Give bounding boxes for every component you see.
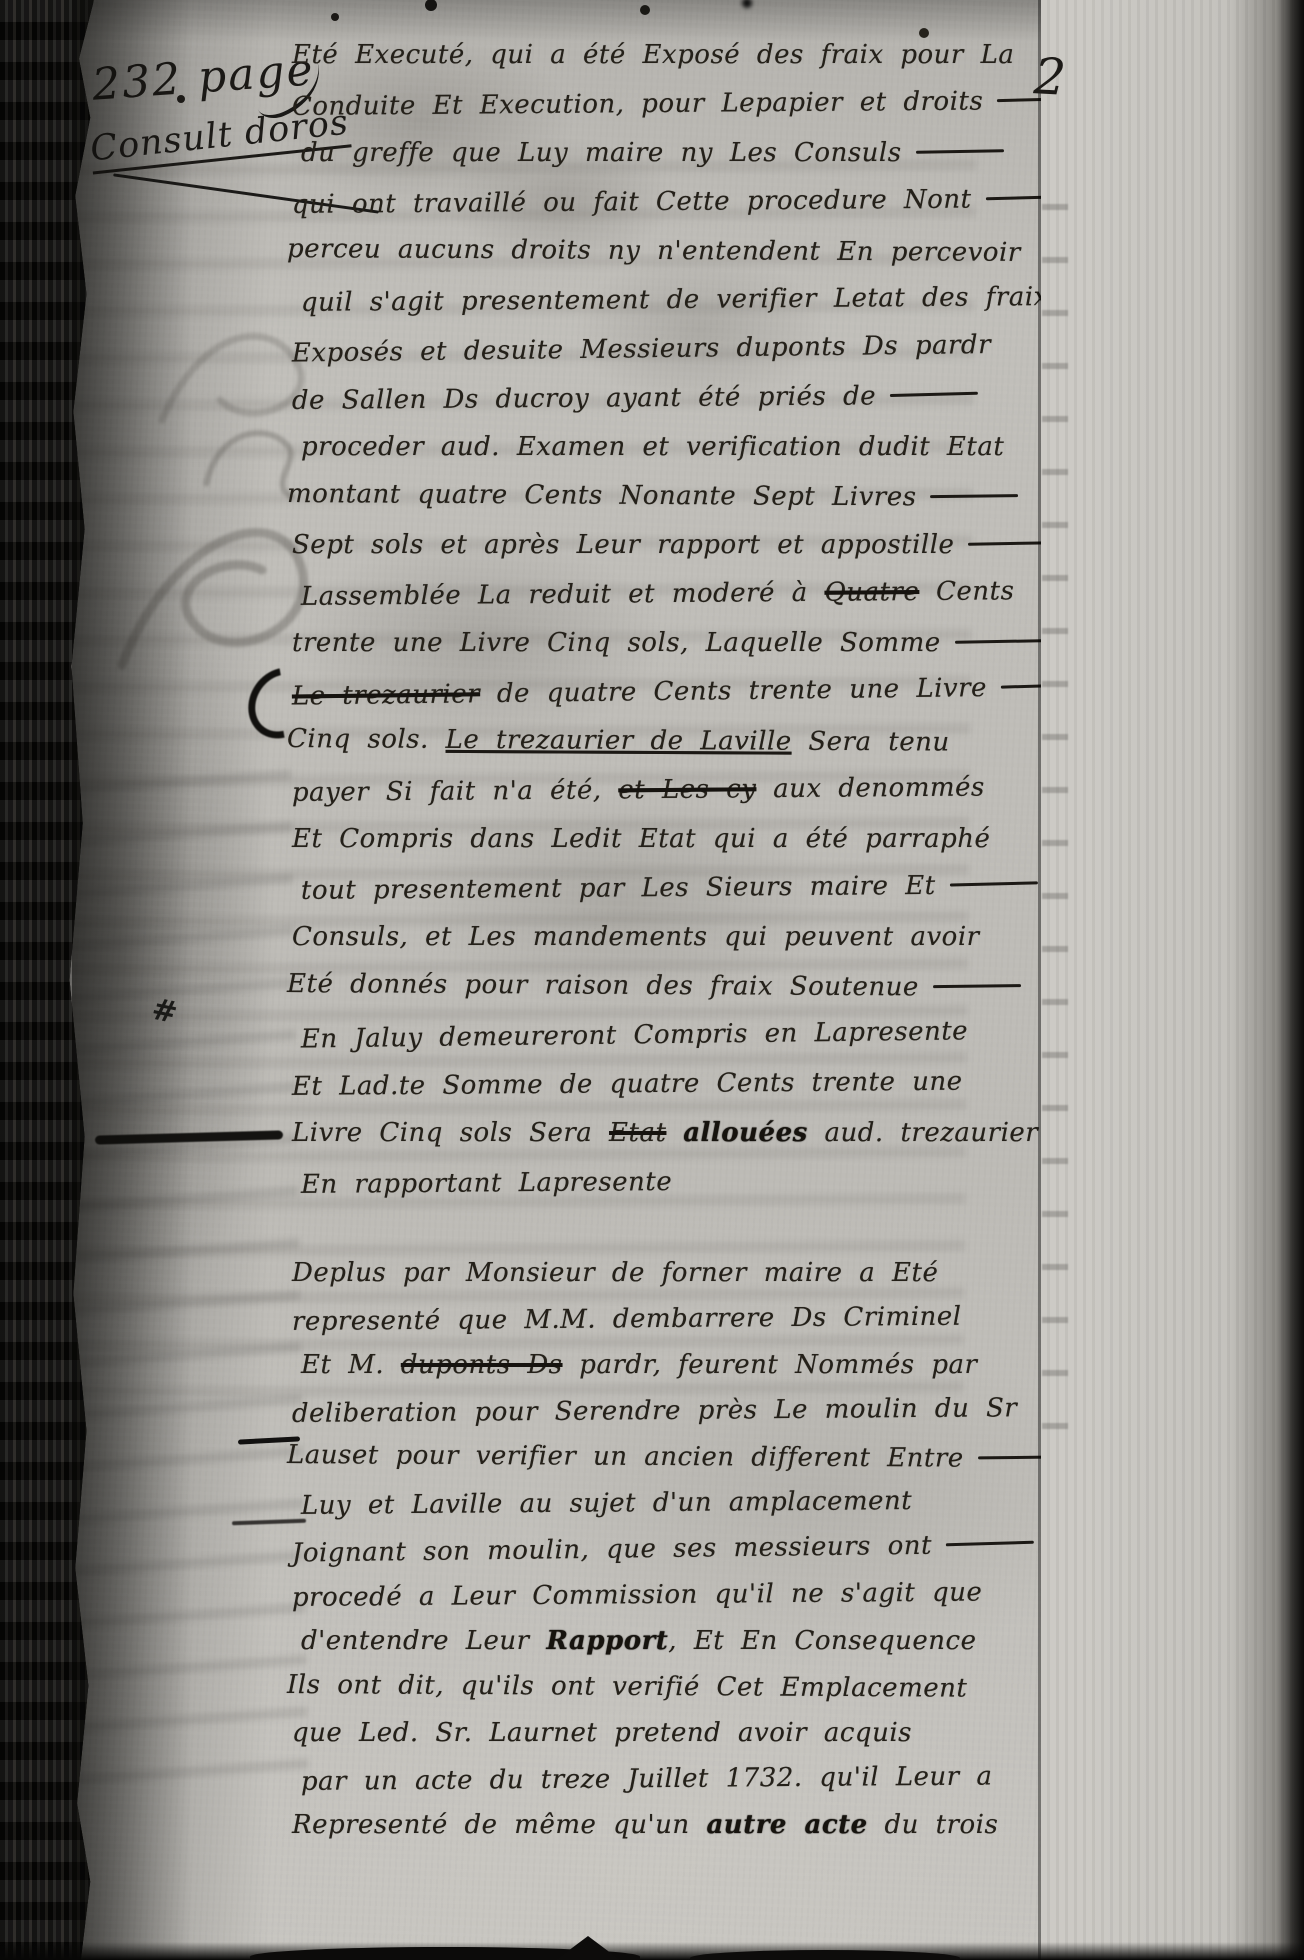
manuscript-text-segment: que Led. Sr. Laurnet pretend avoir acqui… <box>292 1718 912 1748</box>
manuscript-line: En Jaluy demeureront Compris en Lapresen… <box>301 1016 1037 1074</box>
paragraph-mill-report: Deplus par Monsieur de forner maire a Et… <box>292 1258 1036 1856</box>
manuscript-line: procedé a Leur Commission qu'il ne s'agi… <box>292 1577 1036 1629</box>
manuscript-text-segment: Conduite Et Execution, pour Lepapier et … <box>292 86 984 121</box>
manuscript-line: que Led. Sr. Laurnet pretend avoir acqui… <box>292 1718 1036 1764</box>
manuscript-line: de Sallen Ds ducroy ayant été priés de <box>292 380 1036 435</box>
manuscript-text-segment: par un acte du treze Juillet 1732. qu'il… <box>301 1761 993 1796</box>
manuscript-line: Et Lad.te Somme de quatre Cents trente u… <box>292 1066 1036 1121</box>
manuscript-line: Conduite Et Execution, pour Lepapier et … <box>292 86 1036 141</box>
manuscript-line: Representé de même qu'un autre acte du t… <box>292 1810 1036 1856</box>
manuscript-text-segment: du trois <box>868 1810 999 1840</box>
manuscript-text-segment: Livre Cinq sols Sera <box>292 1118 609 1148</box>
manuscript-text-block: Eté Executé, qui a été Exposé des fraix … <box>292 40 1036 1856</box>
manuscript-text-segment: aud. trezaurier <box>808 1118 1038 1148</box>
gutter-shadow <box>72 0 192 1960</box>
manuscript-line: trente une Livre Cinq sols, Laquelle Som… <box>292 628 1036 677</box>
manuscript-text-segment: Quatre <box>824 577 919 608</box>
manuscript-line: Ils ont dit, qu'ils ont verifié Cet Empl… <box>287 1670 1036 1720</box>
manuscript-text-segment: duponts Ds <box>401 1350 563 1380</box>
manuscript-text-segment: En Jaluy demeureront Compris en Lapresen… <box>301 1016 969 1054</box>
manuscript-text-segment: Et M. <box>301 1350 401 1380</box>
manuscript-text-segment: Le trezaurier de Laville <box>446 725 792 757</box>
manuscript-line: Luy et Laville au sujet d'un amplacement <box>301 1485 1036 1537</box>
manuscript-text-segment: Lauset pour verifier un ancien different… <box>287 1440 964 1474</box>
manuscript-line: Livre Cinq sols Sera Etat allouées aud. … <box>292 1118 1036 1167</box>
manuscript-line: proceder aud. Examen et verification dud… <box>301 432 1036 481</box>
facing-page-edge: 2 <box>1038 0 1304 1960</box>
manuscript-line: Le trezaurier de quatre Cents trente une… <box>292 672 1037 730</box>
manuscript-text-segment: du greffe que Luy maire ny Les Consuls <box>301 138 902 168</box>
facing-page-number: 2 <box>1033 47 1068 107</box>
manuscript-text-segment: qui ont travaillé ou fait Cette procedur… <box>292 185 972 220</box>
manuscript-line: Et M. duponts Ds pardr, feurent Nommés p… <box>301 1350 1036 1396</box>
manuscript-line: quil s'agit presentement de verifier Let… <box>301 282 1036 337</box>
manuscript-text-segment: de quatre Cents trente une Livre <box>480 673 987 709</box>
manuscript-text-segment: tout presentement par Les Sieurs maire E… <box>301 871 936 906</box>
manuscript-line: Exposés et desuite Messieurs duponts Ds … <box>292 329 1037 387</box>
manuscript-text-segment: trente une Livre Cinq sols, Laquelle Som… <box>292 628 941 658</box>
manuscript-text-segment: perceu aucuns droits ny n'entendent En p… <box>287 234 1021 268</box>
manuscript-line: deliberation pour Serendre près Le mouli… <box>292 1393 1036 1445</box>
manuscript-text-segment: Representé de même qu'un <box>292 1810 706 1840</box>
manuscript-text-segment: payer Si fait n'a été, <box>292 775 619 808</box>
manuscript-line: Lassemblée La reduit et moderé à Quatre … <box>301 576 1036 631</box>
manuscript-text-segment: Joignant son moulin, que ses messieurs o… <box>292 1531 932 1569</box>
manuscript-line: du greffe que Luy maire ny Les Consuls <box>301 138 1036 187</box>
manuscript-text-segment: et Les cy <box>618 774 756 805</box>
manuscript-text-segment <box>666 1118 683 1148</box>
manuscript-text-segment: Etat <box>609 1118 666 1148</box>
manuscript-text-segment: Luy et Laville au sujet d'un amplacement <box>301 1486 912 1521</box>
manuscript-text-segment: Consuls, et Les mandements qui peuvent a… <box>292 922 980 952</box>
manuscript-text-segment: Cinq sols. <box>287 724 446 755</box>
manuscript-text-segment: Lassemblée La reduit et moderé à <box>301 578 825 612</box>
manuscript-line: representé que M.M. dembarrere Ds Crimin… <box>292 1301 1036 1353</box>
manuscript-text-segment: de Sallen Ds ducroy ayant été priés de <box>292 381 876 416</box>
manuscript-line: Eté Executé, qui a été Exposé des fraix … <box>292 40 1036 89</box>
manuscript-text-segment: Ils ont dit, qu'ils ont verifié Cet Empl… <box>287 1670 967 1704</box>
manuscript-text-segment: representé que M.M. dembarrere Ds Crimin… <box>292 1302 962 1337</box>
scan-bottom-edge <box>0 1942 1304 1960</box>
manuscript-line: Deplus par Monsieur de forner maire a Et… <box>292 1258 1036 1304</box>
manuscript-text-segment: deliberation pour Serendre près Le mouli… <box>292 1393 1018 1429</box>
manuscript-text-segment: Le trezaurier <box>292 679 481 711</box>
manuscript-text-segment: Cents <box>919 576 1014 607</box>
scan-edge-blob <box>690 1950 960 1960</box>
manuscript-text-segment: pardr, feurent Nommés par <box>563 1350 978 1380</box>
manuscript-text-segment: Sept sols et après Leur rapport et appos… <box>292 530 954 560</box>
manuscript-line: Eté donnés pour raison des fraix Soutenu… <box>287 969 1036 1022</box>
manuscript-text-segment: d'entendre Leur <box>301 1626 546 1656</box>
manuscript-line: Lauset pour verifier un ancien different… <box>287 1440 1036 1490</box>
manuscript-line: En rapportant Lapresente <box>301 1164 1036 1219</box>
manuscript-text-segment: autre acte <box>706 1810 867 1840</box>
manuscript-line: Joignant son moulin, que ses messieurs o… <box>292 1529 1037 1584</box>
manuscript-line: Et Compris dans Ledit Etat qui a été par… <box>292 824 1036 873</box>
manuscript-line: Cinq sols. Le trezaurier de Laville Sera… <box>287 724 1036 777</box>
manuscript-line: Consuls, et Les mandements qui peuvent a… <box>292 922 1036 971</box>
manuscript-text-segment: , Et En Consequence <box>668 1626 976 1656</box>
manuscript-text-segment: aux denommés <box>756 772 985 804</box>
manuscript-line: Sept sols et après Leur rapport et appos… <box>292 530 1036 579</box>
scan-top-specks <box>0 0 6 6</box>
paragraph-expenses: Eté Executé, qui a été Exposé des fraix … <box>292 40 1036 1216</box>
manuscript-text-segment: Deplus par Monsieur de forner maire a Et… <box>292 1258 938 1288</box>
manuscript-line: d'entendre Leur Rapport, Et En Consequen… <box>301 1626 1036 1672</box>
manuscript-text-segment: Et Lad.te Somme de quatre Cents trente u… <box>292 1067 963 1102</box>
manuscript-line: qui ont travaillé ou fait Cette procedur… <box>292 184 1036 239</box>
manuscript-text-segment: Eté Executé, qui a été Exposé des fraix … <box>292 40 1014 70</box>
manuscript-text-segment: montant quatre Cents Nonante Sept Livres <box>287 479 917 512</box>
manuscript-text-segment: Et Compris dans Ledit Etat qui a été par… <box>292 824 990 854</box>
manuscript-line: tout presentement par Les Sieurs maire E… <box>301 870 1036 925</box>
manuscript-text-segment: procedé a Leur Commission qu'il ne s'agi… <box>292 1577 983 1612</box>
manuscript-text-segment: Rapport <box>546 1626 668 1656</box>
manuscript-text-segment: Eté donnés pour raison des fraix Soutenu… <box>287 969 919 1002</box>
manuscript-text-segment: En rapportant Lapresente <box>301 1167 672 1200</box>
manuscript-line: payer Si fait n'a été, et Les cy aux den… <box>292 772 1036 827</box>
manuscript-line: par un acte du treze Juillet 1732. qu'il… <box>301 1761 1036 1813</box>
manuscript-text-segment: quil s'agit presentement de verifier Let… <box>301 282 1049 318</box>
manuscript-scan-page: 232 page Consult doros # Eté Executé, qu… <box>0 0 1304 1960</box>
manuscript-text-segment: Sera tenu <box>792 727 950 758</box>
manuscript-text-segment: allouées <box>683 1118 808 1148</box>
manuscript-line: montant quatre Cents Nonante Sept Livres <box>287 479 1036 532</box>
manuscript-line: perceu aucuns droits ny n'entendent En p… <box>287 234 1036 287</box>
manuscript-text-segment: proceder aud. Examen et verification dud… <box>301 432 1004 462</box>
facing-page-text-ticks <box>1042 170 1068 1430</box>
